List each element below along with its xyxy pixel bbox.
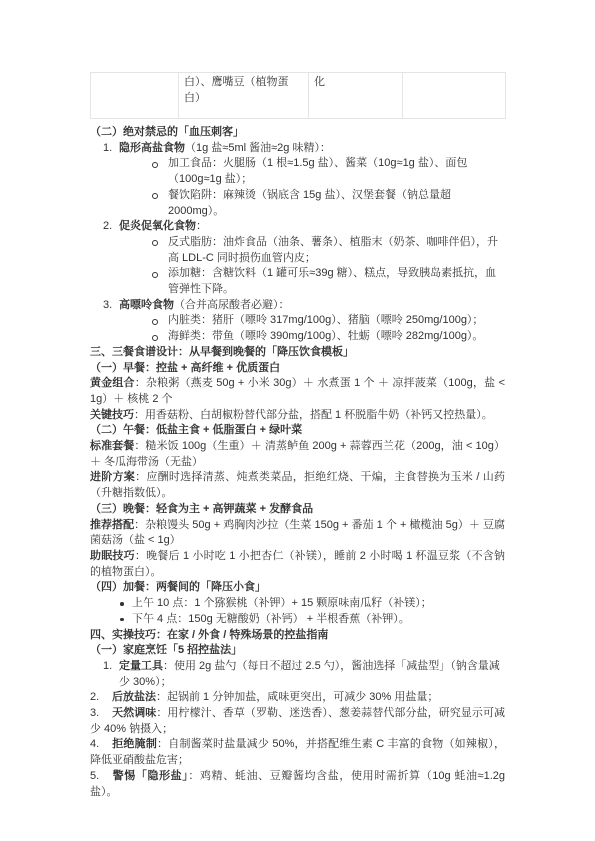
list-item-text: ： (196, 220, 207, 232)
list-item-number: 3. (103, 298, 112, 314)
list-item-text: ：使用 2g 盐勺（每日不超过 2.5 勺），酱油选择「减盐型」（钠含量减少 3… (119, 660, 500, 688)
paragraph-lead: 助眠技巧 (90, 550, 135, 562)
bullet-item: 下午 4 点：150g 无糖酸奶（补钙） + 半根香蕉（补钾）。 (90, 612, 505, 628)
list-item-lead: 隐形高盐食物 (119, 142, 185, 154)
paragraph: 关键技巧：用香菇粉、白胡椒粉替代部分盐，搭配 1 杯脱脂牛奶（补钙又控热量）。 (90, 408, 505, 424)
list-item-number: 1. (103, 659, 112, 675)
paragraph-text: ：用香菇粉、白胡椒粉替代部分盐，搭配 1 杯脱脂牛奶（补钙又控热量）。 (134, 409, 493, 421)
circle-bullet-icon (152, 193, 158, 199)
sub-item-text: 内脏类：猪肝（嘌呤 317mg/100g）、猪脑（嘌呤 250mg/100g）； (168, 314, 483, 326)
list-item-lead: 定量工具 (119, 660, 163, 672)
circle-bullet-icon (152, 319, 158, 325)
bullet-item: 上午 10 点：1 个猕猴桃（补钾）+ 15 颗原味南瓜籽（补镁）； (90, 596, 505, 612)
sub-item-text: 反式脂肪：油炸食品（油条、薯条）、植脂末（奶茶、咖啡伴侣），升高 LDL-C 同… (168, 236, 498, 264)
bullet-text: 上午 10 点：1 个猕猴桃（补钾）+ 15 颗原味南瓜籽（补镁）； (132, 597, 432, 609)
subsection-heading-home-cooking: （一）家庭烹饪「5 招控盐法」 (90, 643, 505, 659)
circle-bullet-icon (152, 240, 158, 246)
list-item: 1.隐形高盐食物（1g 盐≈5ml 酱油≈2g 味精）： (90, 141, 505, 157)
bullet-dot-icon (120, 602, 124, 606)
numbered-paragraph: 5.警惕「隐形盐」：鸡精、蚝油、豆瓣酱均含盐，使用时需折算（10g 蚝油≈1.2… (90, 769, 505, 800)
table-fragment: 白）、鹰嘴豆（植物蛋白） 化 (90, 72, 506, 119)
paragraph: 助眠技巧：晚餐后 1 小时吃 1 小把杏仁（补镁），睡前 2 小时喝 1 杯温豆… (90, 549, 505, 580)
paragraph-lead: 黄金组合 (90, 377, 135, 389)
sub-item-text: 餐饮陷阱：麻辣烫（锅底含 15g 盐）、汉堡套餐（钠总量超 2000mg）。 (168, 189, 451, 217)
paragraph-text: ：晚餐后 1 小时吃 1 小把杏仁（补镁），睡前 2 小时喝 1 杯温豆浆（不含… (90, 550, 505, 578)
table-cell (91, 73, 179, 119)
paragraph: 推荐搭配：杂粮馒头 50g + 鸡胸肉沙拉（生菜 150g + 番茄 1 个 +… (90, 518, 505, 549)
sub-list-item: 反式脂肪：油炸食品（油条、薯条）、植脂末（奶茶、咖啡伴侣），升高 LDL-C 同… (90, 235, 505, 266)
list-item-lead: 后放盐法 (112, 691, 156, 703)
document-page: 白）、鹰嘴豆（植物蛋白） 化 （二）绝对禁忌的「血压刺客」 1.隐形高盐食物（1… (0, 0, 595, 841)
list-item-lead: 警惕「隐形盐」 (112, 770, 188, 782)
paragraph-lead: 推荐搭配 (90, 519, 134, 531)
sub-list-item: 内脏类：猪肝（嘌呤 317mg/100g）、猪脑（嘌呤 250mg/100g）； (90, 313, 505, 329)
sub-item-text: 添加糖：含糖饮料（1 罐可乐≈39g 糖）、糕点，导致胰岛素抵抗，血管弹性下降。 (168, 267, 496, 295)
paragraph-lead: 关键技巧 (90, 409, 134, 421)
paragraph-lead: 标准套餐 (90, 440, 134, 452)
paragraph-text: ：应酬时选择清蒸、炖煮类菜品，拒绝红烧、干煸，主食替换为玉米 / 山药（升糖指数… (90, 471, 505, 499)
subsection-heading-snacks: （四）加餐：两餐间的「降压小食」 (90, 580, 505, 596)
list-item-number: 1. (103, 141, 112, 157)
section-heading-meals: 三、三餐食谱设计：从早餐到晚餐的「降压饮食模板」 (90, 345, 505, 361)
table-row: 白）、鹰嘴豆（植物蛋白） 化 (91, 73, 506, 119)
list-item-text: （合并高尿酸者必避）： (174, 299, 290, 311)
sub-list-item: 添加糖：含糖饮料（1 罐可乐≈39g 糖）、糕点，导致胰岛素抵抗，血管弹性下降。 (90, 266, 505, 297)
list-item-number: 2. (103, 219, 112, 235)
sub-item-text: 海鲜类：带鱼（嘌呤 390mg/100g）、牡蛎（嘌呤 282mg/100g）。 (168, 330, 483, 342)
paragraph-text: ：杂粮馒头 50g + 鸡胸肉沙拉（生菜 150g + 番茄 1 个 + 橄榄油… (90, 519, 505, 547)
list-item-number: 3. (90, 706, 112, 722)
list-item-text: ：起锅前 1 分钟加盐，咸味更突出，可减少 30% 用盐量； (156, 691, 438, 703)
paragraph: 标准套餐：糙米饭 100g（生重）＋ 清蒸鲈鱼 200g + 蒜蓉西兰花（200… (90, 439, 505, 470)
list-item: 1.定量工具：使用 2g 盐勺（每日不超过 2.5 勺），酱油选择「减盐型」（钠… (90, 659, 505, 690)
subsection-heading-lunch: （二）午餐：低盐主食 + 低脂蛋白 + 绿叶菜 (90, 423, 505, 439)
table-cell (403, 73, 506, 119)
list-item-text: （1g 盐≈5ml 酱油≈2g 味精）： (185, 142, 331, 154)
numbered-paragraph: 4.拒绝腌制：自制酱菜时盐量减少 50%，并搭配维生素 C 丰富的食物（如辣椒）… (90, 737, 505, 768)
paragraph: 黄金组合：杂粮粥（燕麦 50g + 小米 30g）＋ 水煮蛋 1 个 ＋ 凉拌菠… (90, 376, 505, 407)
list-item-lead: 天然调味 (112, 707, 156, 719)
section-heading-forbidden: （二）绝对禁忌的「血压刺客」 (90, 125, 505, 141)
section-heading-tips: 四、实操技巧：在家 / 外食 / 特殊场景的控盐指南 (90, 628, 505, 644)
list-item-lead: 拒绝腌制 (112, 738, 157, 750)
circle-bullet-icon (152, 272, 158, 278)
paragraph-lead: 进阶方案 (90, 471, 135, 483)
subsection-heading-breakfast: （一）早餐：控盐 + 高纤维 + 优质蛋白 (90, 361, 505, 377)
paragraph-text: ：糙米饭 100g（生重）＋ 清蒸鲈鱼 200g + 蒜蓉西兰花（200g，油 … (90, 440, 505, 468)
paragraph-text: ：杂粮粥（燕麦 50g + 小米 30g）＋ 水煮蛋 1 个 ＋ 凉拌菠菜（10… (90, 377, 505, 405)
table-cell: 白）、鹰嘴豆（植物蛋白） (179, 73, 309, 119)
sub-list-item: 海鲜类：带鱼（嘌呤 390mg/100g）、牡蛎（嘌呤 282mg/100g）。 (90, 329, 505, 345)
list-item: 3.高嘌呤食物（合并高尿酸者必避）： (90, 298, 505, 314)
bullet-dot-icon (120, 618, 124, 622)
sub-item-text: 加工食品：火腿肠（1 根≈1.5g 盐）、酱菜（10g≈1g 盐）、面包（100… (168, 157, 467, 185)
list-item-number: 2. (90, 690, 112, 706)
sub-list-item: 餐饮陷阱：麻辣烫（锅底含 15g 盐）、汉堡套餐（钠总量超 2000mg）。 (90, 188, 505, 219)
bullet-text: 下午 4 点：150g 无糖酸奶（补钙） + 半根香蕉（补钾）。 (132, 613, 410, 625)
subsection-heading-dinner: （三）晚餐：轻食为主 + 高钾蔬菜 + 发酵食品 (90, 502, 505, 518)
circle-bullet-icon (152, 335, 158, 341)
list-item-lead: 高嘌呤食物 (119, 299, 174, 311)
table-cell: 化 (309, 73, 403, 119)
numbered-paragraph: 3.天然调味：用柠檬汁、香草（罗勒、迷迭香）、葱姜蒜替代部分盐，研究显示可减少 … (90, 706, 505, 737)
list-item-number: 4. (90, 737, 112, 753)
sub-list-item: 加工食品：火腿肠（1 根≈1.5g 盐）、酱菜（10g≈1g 盐）、面包（100… (90, 156, 505, 187)
paragraph: 进阶方案：应酬时选择清蒸、炖煮类菜品，拒绝红烧、干煸，主食替换为玉米 / 山药（… (90, 470, 505, 501)
list-item: 2.促炎促氧化食物： (90, 219, 505, 235)
list-item-lead: 促炎促氧化食物 (119, 220, 196, 232)
circle-bullet-icon (152, 162, 158, 168)
list-item-number: 5. (90, 769, 112, 785)
numbered-paragraph: 2.后放盐法：起锅前 1 分钟加盐，咸味更突出，可减少 30% 用盐量； (90, 690, 505, 706)
